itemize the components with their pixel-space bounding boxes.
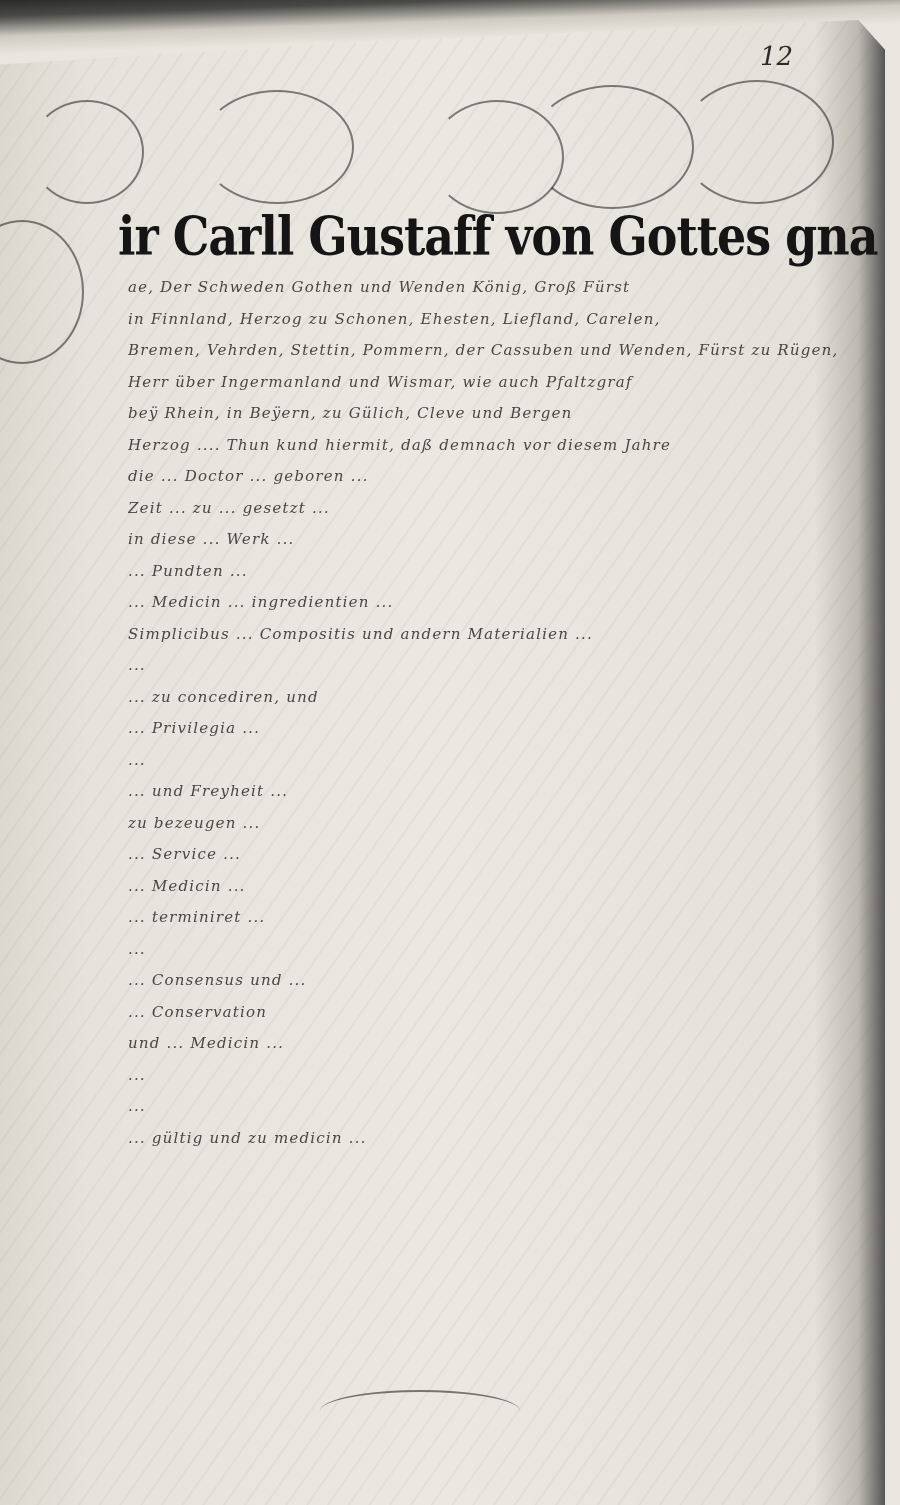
text-line: ... zu concediren, und	[128, 682, 888, 714]
text-line: ae, Der Schweden Gothen und Wenden König…	[128, 272, 888, 304]
text-line: ...	[128, 650, 888, 682]
text-line: ... terminiret ...	[128, 902, 888, 934]
text-line: ...	[128, 934, 888, 966]
text-line: Herr über Ingermanland und Wismar, wie a…	[128, 367, 888, 399]
text-line: ... Service ...	[128, 839, 888, 871]
text-line: und ... Medicin ...	[128, 1028, 888, 1060]
text-line: in Finnland, Herzog zu Schonen, Ehesten,…	[128, 304, 888, 336]
text-line: in diese ... Werk ...	[128, 524, 888, 556]
text-line: beÿ Rhein, in Beÿern, zu Gülich, Cleve u…	[128, 398, 888, 430]
pen-stroke	[320, 1390, 520, 1432]
text-line: ... gültig und zu medicin ...	[128, 1123, 888, 1155]
folio-number: 12	[760, 42, 793, 72]
text-line: ... Conservation	[128, 997, 888, 1029]
manuscript-body: ae, Der Schweden Gothen und Wenden König…	[128, 272, 888, 1154]
text-line: ...	[128, 745, 888, 777]
text-line: ... Privilegia ...	[128, 713, 888, 745]
text-line: ... Medicin ...	[128, 871, 888, 903]
text-line: ... Pundten ...	[128, 556, 888, 588]
text-line: ...	[128, 1060, 888, 1092]
calligraphic-flourish	[200, 90, 354, 204]
text-line: Herzog .... Thun kund hiermit, daß demna…	[128, 430, 888, 462]
text-line: Simplicibus ... Compositis und andern Ma…	[128, 619, 888, 651]
document-heading: ir Carll Gustaff von Gottes gna	[118, 205, 878, 267]
text-line: ... Consensus und ...	[128, 965, 888, 997]
text-line: ... Medicin ... ingredientien ...	[128, 587, 888, 619]
text-line: zu bezeugen ...	[128, 808, 888, 840]
text-line: die ... Doctor ... geboren ...	[128, 461, 888, 493]
text-line: ... und Freyheit ...	[128, 776, 888, 808]
calligraphic-flourish	[680, 80, 834, 204]
calligraphic-flourish	[530, 85, 694, 209]
text-line: Zeit ... zu ... gesetzt ...	[128, 493, 888, 525]
text-line: Bremen, Vehrden, Stettin, Pommern, der C…	[128, 335, 888, 367]
calligraphic-flourish	[30, 100, 144, 204]
text-line: ...	[128, 1091, 888, 1123]
